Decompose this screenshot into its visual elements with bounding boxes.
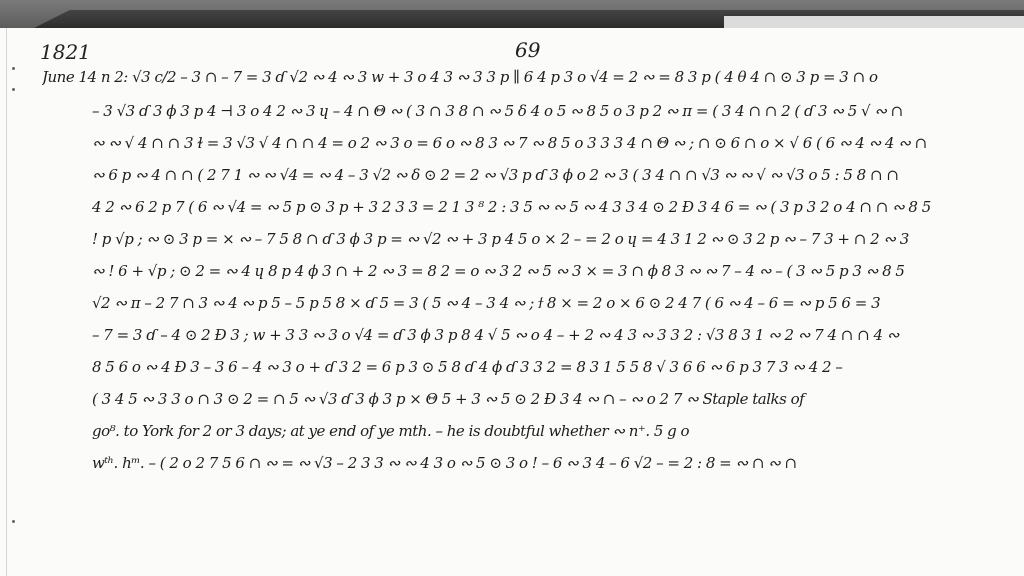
text-line-7: ∾ ! 6 + √p ; ⊙ 2 = ∾ 4 ɥ 8 p 4 ϕ 3 ∩ + 2… — [92, 256, 1012, 286]
text-line-12: go⁸. to York for 2 or 3 days; at ye end … — [92, 416, 1002, 446]
text-line-5: 4 2 ∾ 6 2 p 7 ( 6 ∾ √4 = ∾ 5 p ⊙ 3 p + 3… — [92, 192, 1002, 222]
text-line-11: ( 3 4 5 ∾ 3 3 o ∩ 3 ⊙ 2 = ∩ 5 ∾ √3 ɗ 3 ϕ… — [92, 384, 1002, 414]
text-line-13: wᵗʰ. hᵐ. – ( 2 o 2 7 5 6 ∩ ∾ = ∾ √3 – 2 … — [92, 448, 1012, 478]
text-line-4: ∾ 6 p ∾ 4 ∩ ∩ ( 2 7 1 ∾ ∾ √4 = ∾ 4 – 3 √… — [92, 160, 1002, 190]
text-line-1: June 14 n 2: √3 c/2 – 3 ∩ – 7 = 3 ɗ √2 ∾… — [42, 62, 1002, 92]
text-line-3: ∾ ∾ √ 4 ∩ ∩ 3 ɫ = 3 √3 √ 4 ∩ ∩ 4 = o 2 ∾… — [92, 128, 1002, 158]
text-line-6: ! p √p ; ∾ ⊙ 3 p = × ∾ – 7 5 8 ∩ ɗ 3 ϕ 3… — [92, 224, 1012, 254]
text-line-8: √2 ∾ π – 2 7 ∩ 3 ∾ 4 ∾ p 5 – 5 p 5 8 × ɗ… — [92, 288, 1002, 318]
left-margin-edge — [6, 28, 7, 576]
ink-speck — [12, 88, 15, 91]
text-line-10: 8 5 6 o ∾ 4 Ɖ 3 – 3 6 – 4 ∾ 3 o + ɗ 3 2 … — [92, 352, 1002, 382]
text-line-2: – 3 √3 ɗ 3 ϕ 3 p 4 ⊣ 3 o 4 2 ∾ 3 ɥ – 4 ∩… — [92, 96, 1002, 126]
ink-speck — [12, 67, 15, 70]
ink-speck — [12, 520, 15, 523]
year-heading: 1821 — [40, 40, 91, 64]
text-line-9: – 7 = 3 ɗ – 4 ⊙ 2 Ɖ 3 ; w + 3 3 ∾ 3 o √4… — [92, 320, 1002, 350]
page-number: 69 — [515, 38, 540, 62]
